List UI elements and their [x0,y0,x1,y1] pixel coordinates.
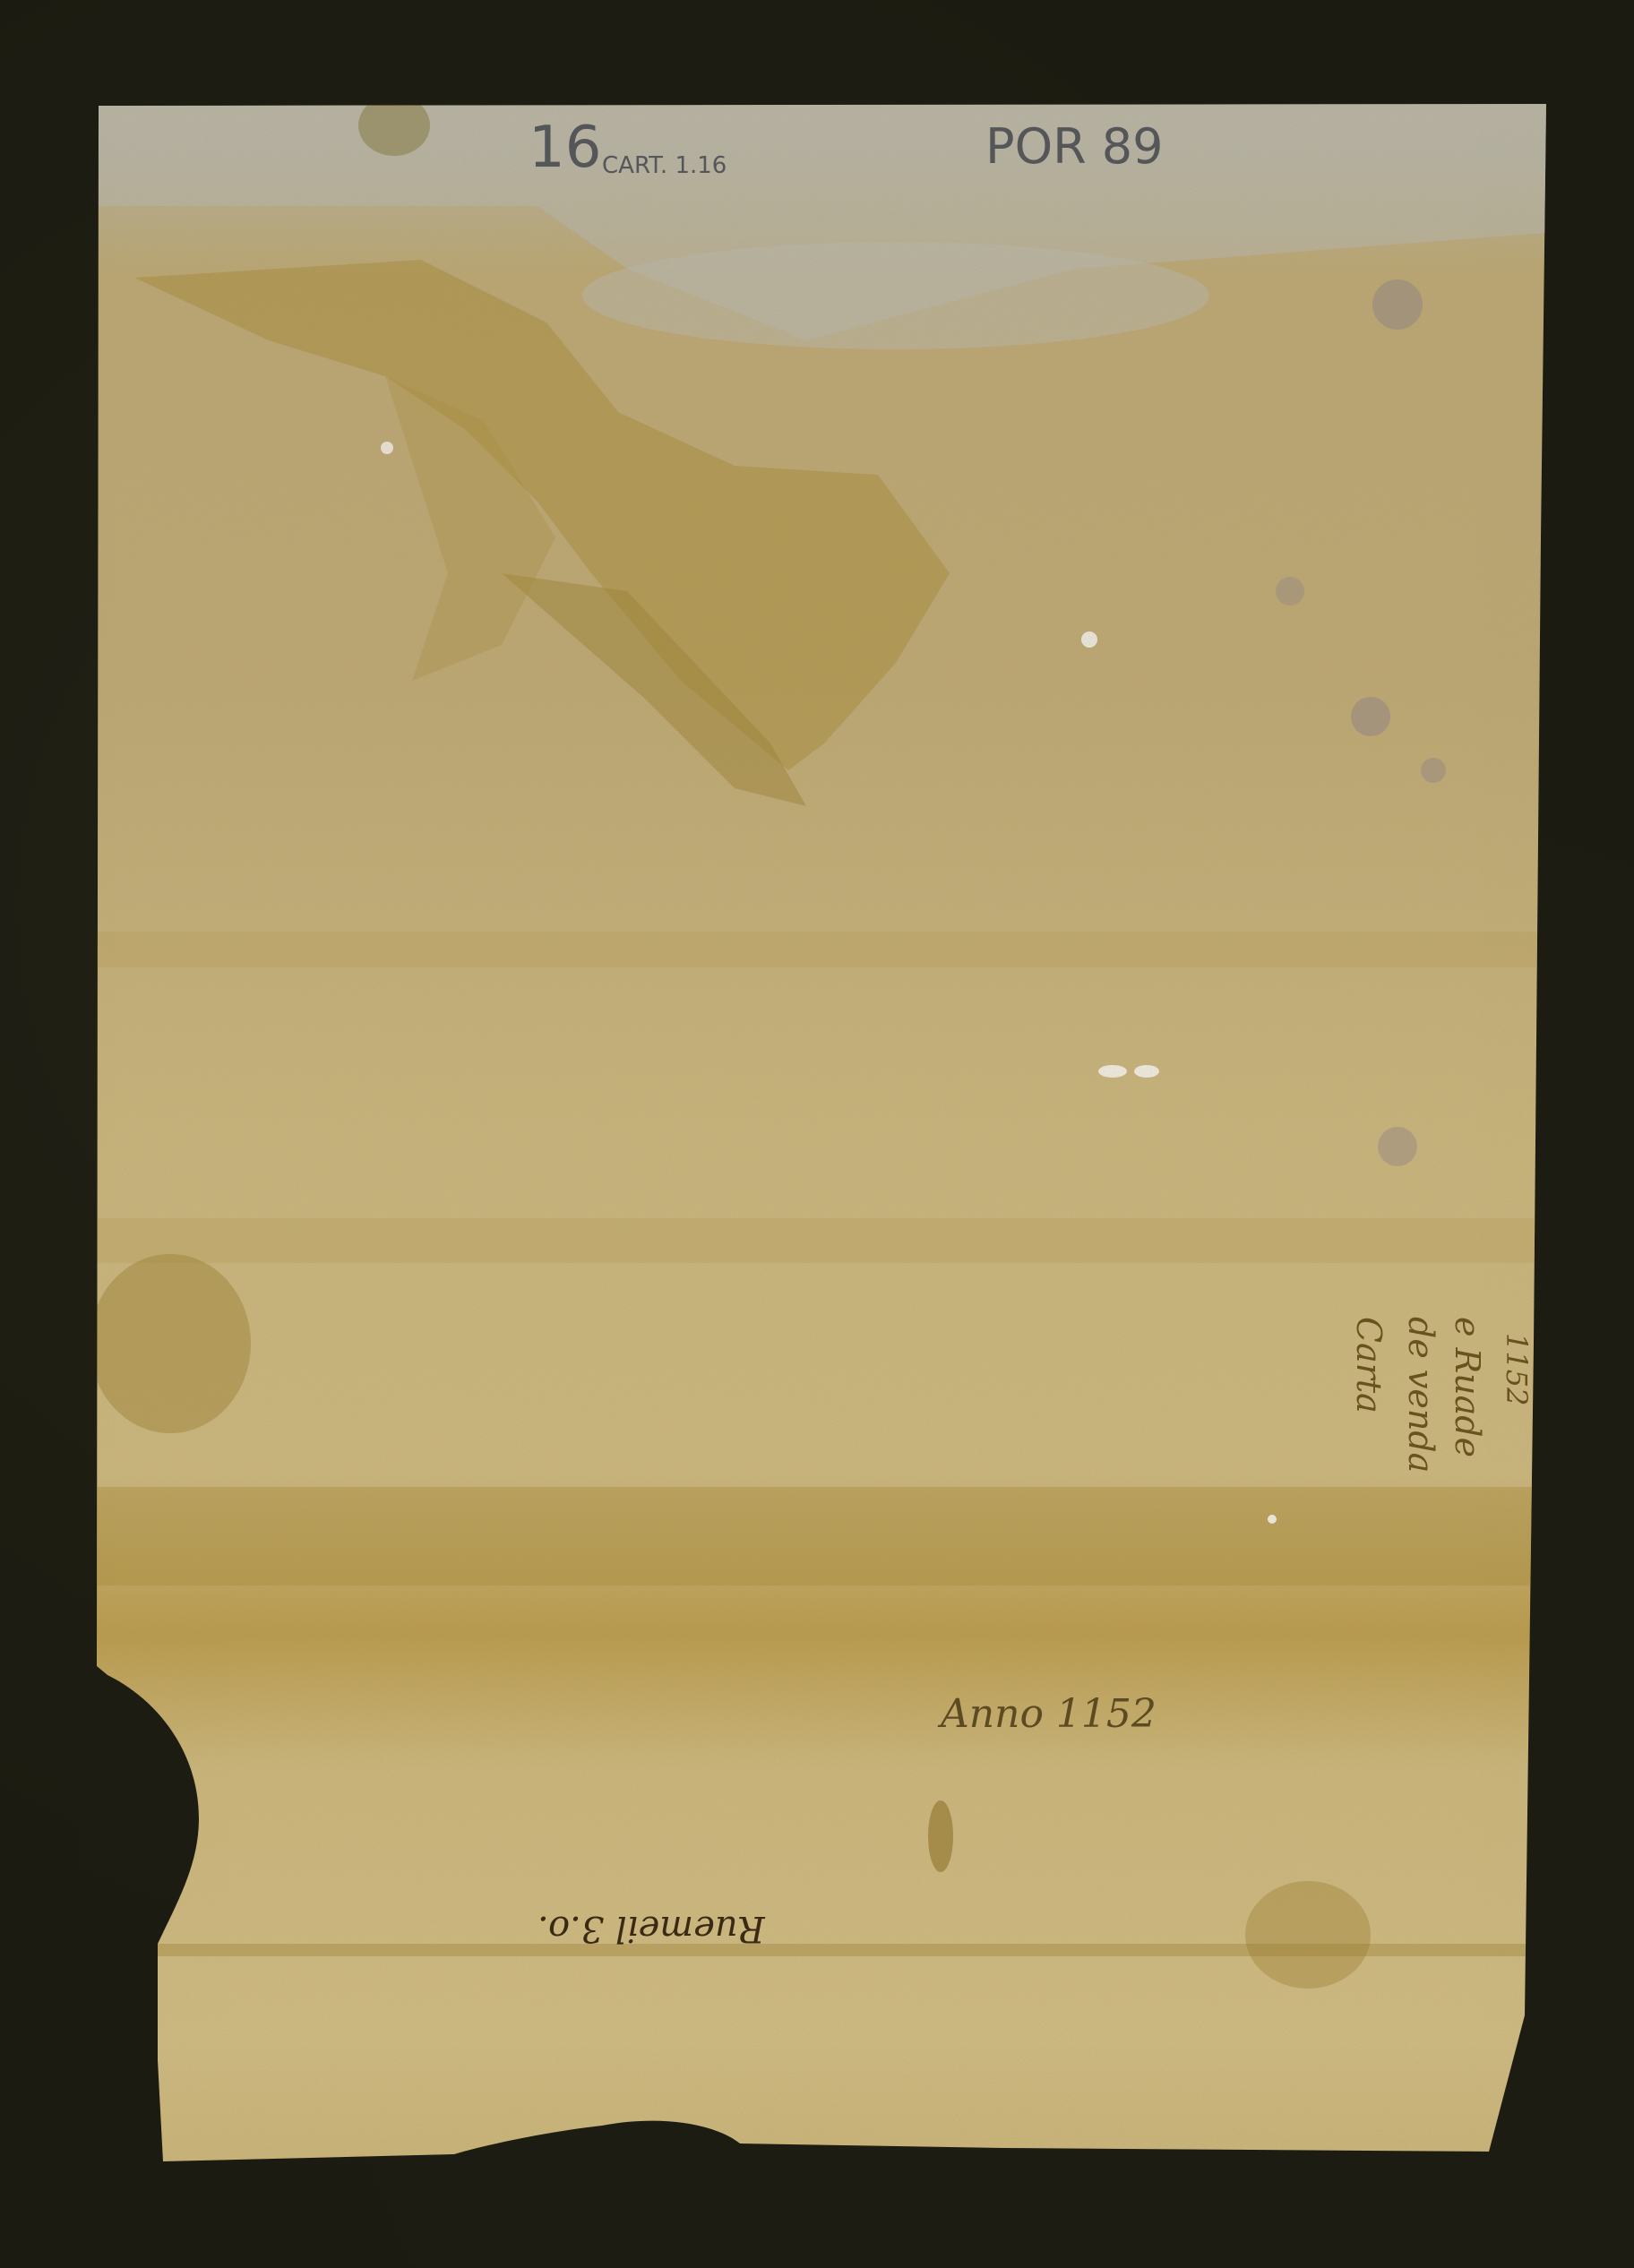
parchment-shape [0,0,1634,2268]
endorsement-line-1: Carta [1349,1317,1389,1413]
anno-date-label: Anno 1152 [941,1691,1157,1737]
parchment-sheet: 16 CART. 1.16 POR 89 Carta de venda e Ru… [0,0,1634,2268]
endorsement-year: 1152 [1500,1333,1534,1405]
endorsement-line-2: de venda [1401,1317,1440,1473]
endorsement-line-3: e Ruade [1448,1317,1487,1457]
upside-down-endorsement: Ruemeil 3.o. [537,1908,765,1949]
pressmark: POR 89 [985,118,1163,175]
archive-number: 16 [529,115,601,181]
cartulary-reference: CART. 1.16 [602,152,727,179]
